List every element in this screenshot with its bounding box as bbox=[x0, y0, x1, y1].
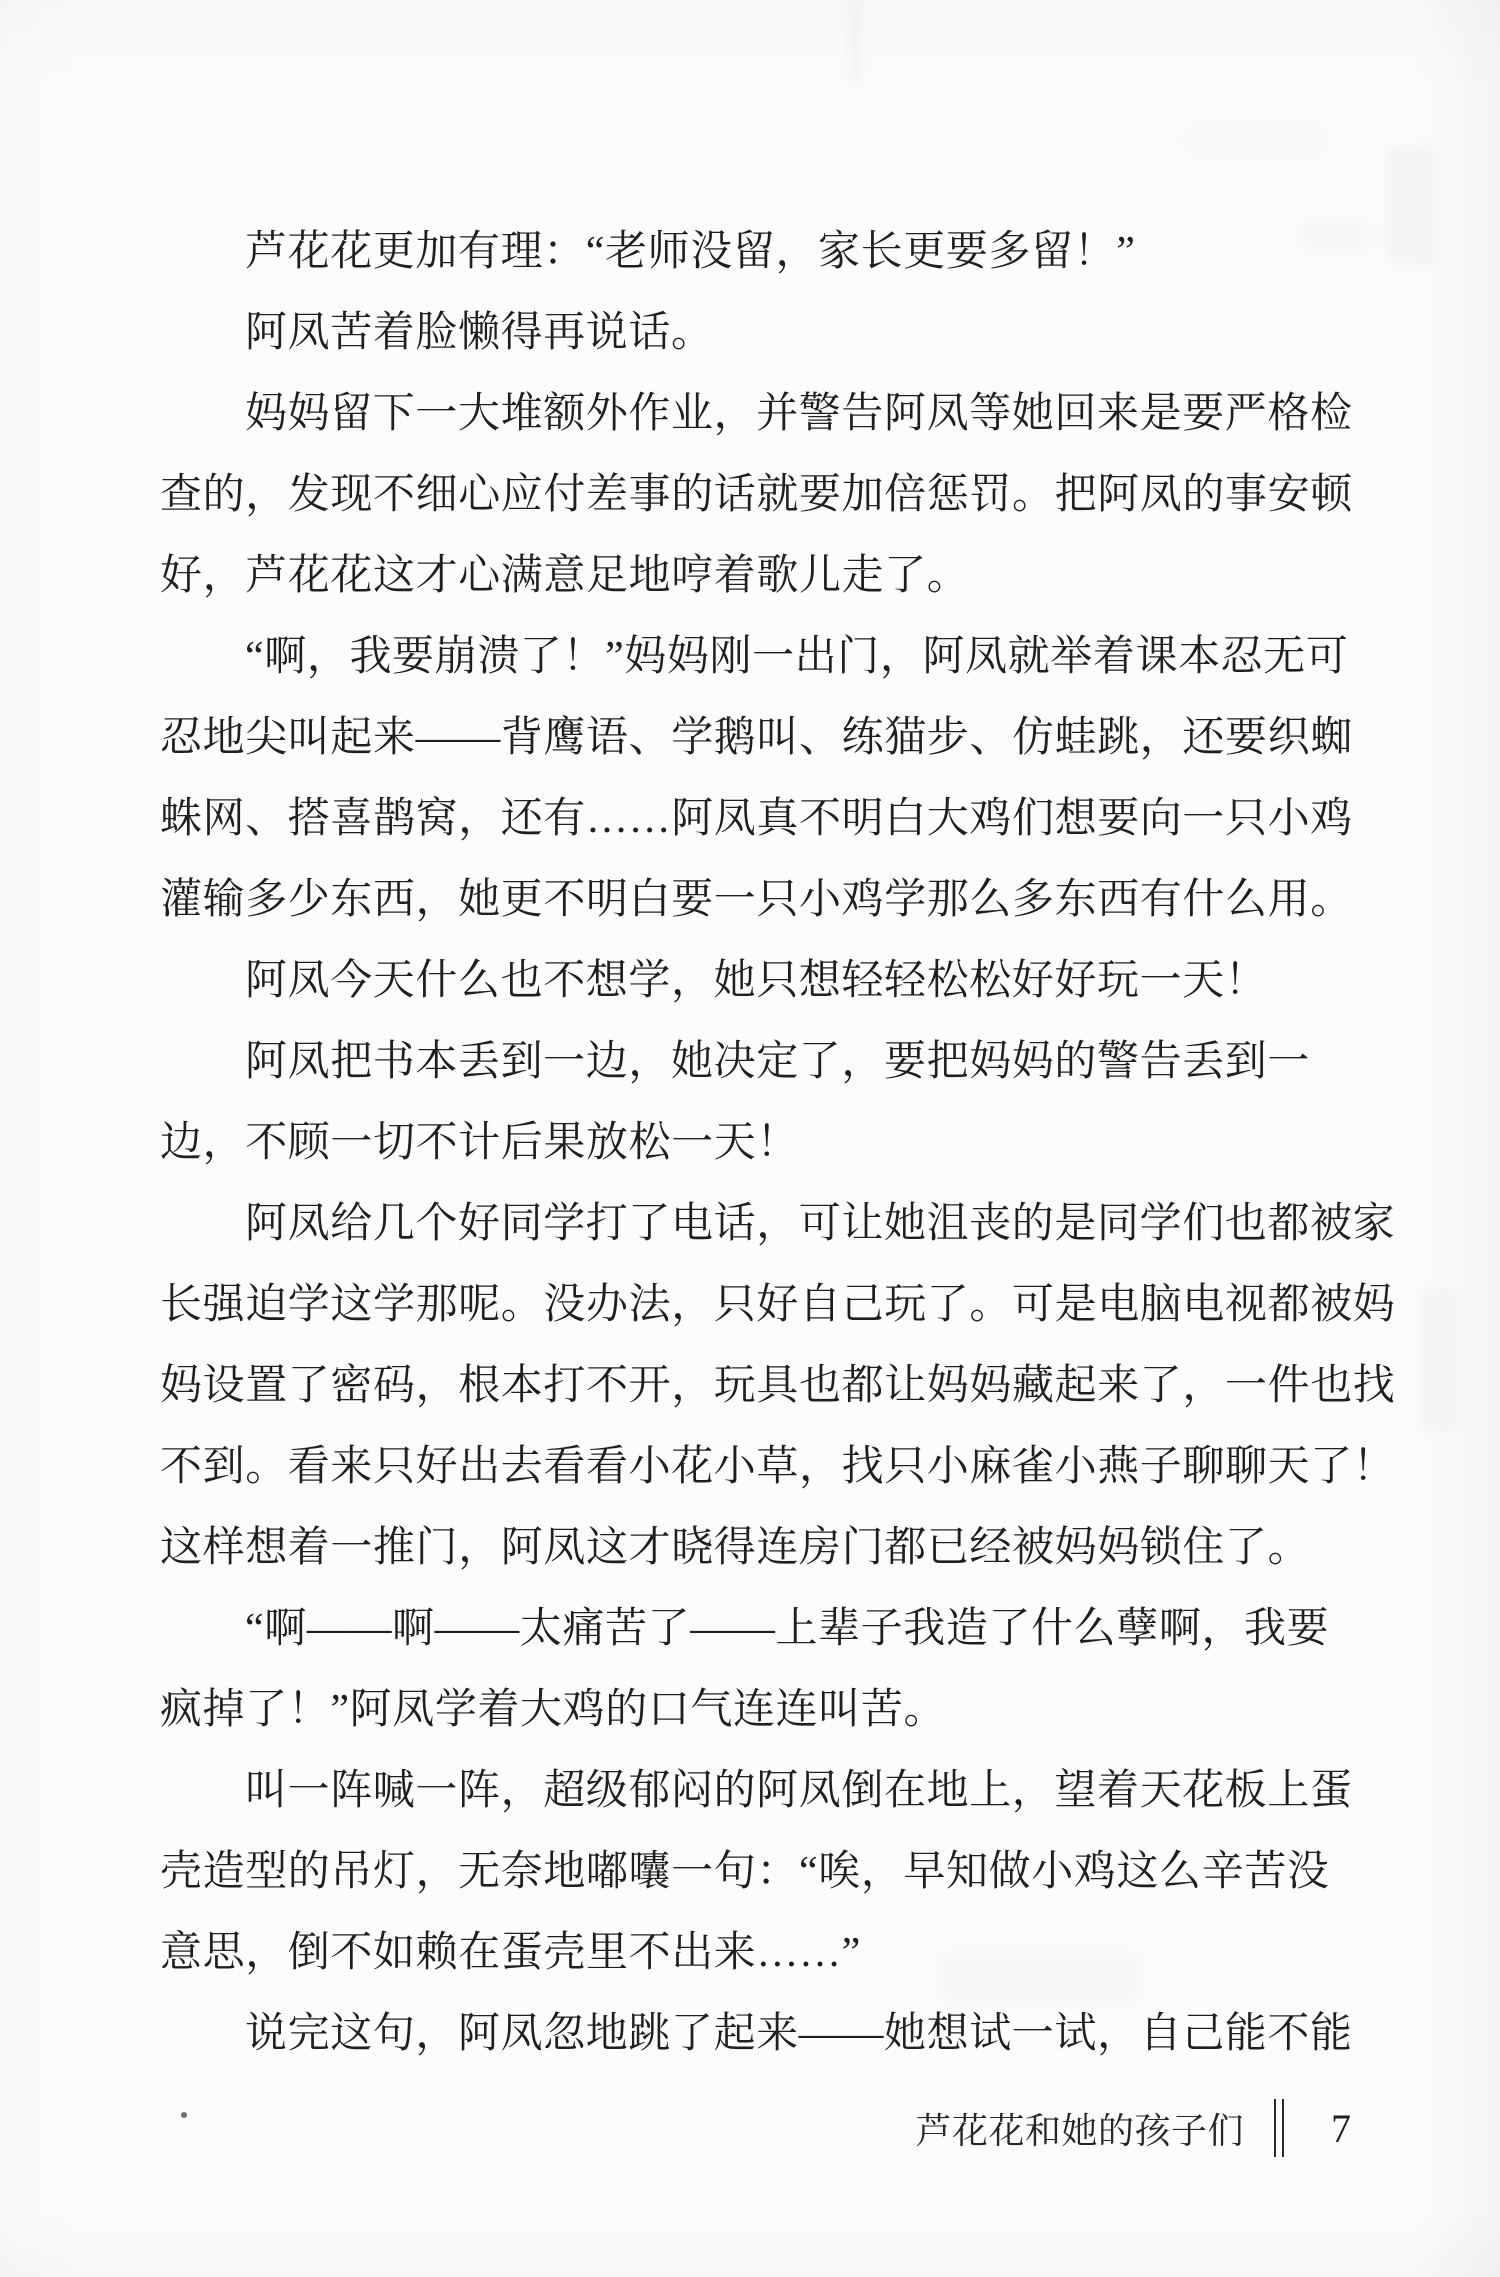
running-title: 芦花花和她的孩子们 bbox=[915, 2103, 1244, 2154]
text-line: 妈设置了密码，根本打不开，玩具也都让妈妈藏起来了，一件也找 bbox=[160, 1346, 1352, 1427]
text-line: 妈妈留下一大堆额外作业，并警告阿凤等她回来是要严格检 bbox=[160, 374, 1352, 455]
book-page: 芦花花更加有理：“老师没留，家长更要多留！” 阿凤苦着脸懒得再说话。 妈妈留下一… bbox=[0, 0, 1500, 2277]
page-footer: 芦花花和她的孩子们 7 bbox=[915, 2096, 1356, 2160]
text-line: 这样想着一推门，阿凤这才晓得连房门都已经被妈妈锁住了。 bbox=[160, 1508, 1352, 1589]
text-line: 不到。看来只好出去看看小花小草，找只小麻雀小燕子聊聊天了！ bbox=[160, 1427, 1352, 1508]
scan-artifact bbox=[850, 0, 860, 85]
text-line: 壳造型的吊灯，无奈地嘟囔一句：“唉，早知做小鸡这么辛苦没 bbox=[160, 1832, 1352, 1913]
scan-artifact bbox=[1385, 145, 1437, 265]
text-line: 好，芦花花这才心满意足地哼着歌儿走了。 bbox=[160, 536, 1352, 617]
ink-speck bbox=[181, 2112, 187, 2118]
text-line: 疯掉了！”阿凤学着大鸡的口气连连叫苦。 bbox=[160, 1670, 1352, 1751]
text-line: 阿凤给几个好同学打了电话，可让她沮丧的是同学们也都被家 bbox=[160, 1184, 1352, 1265]
page-body: 芦花花更加有理：“老师没留，家长更要多留！” 阿凤苦着脸懒得再说话。 妈妈留下一… bbox=[160, 212, 1352, 2075]
text-line: 叫一阵喊一阵，超级郁闷的阿凤倒在地上，望着天花板上蛋 bbox=[160, 1751, 1352, 1832]
text-line: 阿凤苦着脸懒得再说话。 bbox=[160, 293, 1352, 374]
double-vertical-rule-icon bbox=[1274, 2099, 1284, 2157]
text-line: 说完这句，阿凤忽地跳了起来——她想试一试，自己能不能 bbox=[160, 1994, 1352, 2075]
text-line: 阿凤今天什么也不想学，她只想轻轻松松好好玩一天！ bbox=[160, 941, 1352, 1022]
page-number: 7 bbox=[1326, 2105, 1356, 2152]
text-line: 边，不顾一切不计后果放松一天！ bbox=[160, 1103, 1352, 1184]
text-line: 忍地尖叫起来——背鹰语、学鹅叫、练猫步、仿蛙跳，还要织蜘 bbox=[160, 698, 1352, 779]
text-line: 蛛网、搭喜鹊窝，还有……阿凤真不明白大鸡们想要向一只小鸡 bbox=[160, 779, 1352, 860]
text-line: 灌输多少东西，她更不明白要一只小鸡学那么多东西有什么用。 bbox=[160, 860, 1352, 941]
text-line: 意思，倒不如赖在蛋壳里不出来……” bbox=[160, 1913, 1352, 1994]
text-line: 长强迫学这学那呢。没办法，只好自己玩了。可是电脑电视都被妈 bbox=[160, 1265, 1352, 1346]
text-line: 查的，发现不细心应付差事的话就要加倍惩罚。把阿凤的事安顿 bbox=[160, 455, 1352, 536]
text-line: 芦花花更加有理：“老师没留，家长更要多留！” bbox=[160, 212, 1352, 293]
text-line: “啊，我要崩溃了！”妈妈刚一出门，阿凤就举着课本忍无可 bbox=[160, 617, 1352, 698]
scan-artifact bbox=[1180, 125, 1330, 155]
text-line: 阿凤把书本丢到一边，她决定了，要把妈妈的警告丢到一 bbox=[160, 1022, 1352, 1103]
scan-artifact bbox=[1420, 1290, 1454, 1430]
text-line: “啊——啊——太痛苦了——上辈子我造了什么孽啊，我要 bbox=[160, 1589, 1352, 1670]
